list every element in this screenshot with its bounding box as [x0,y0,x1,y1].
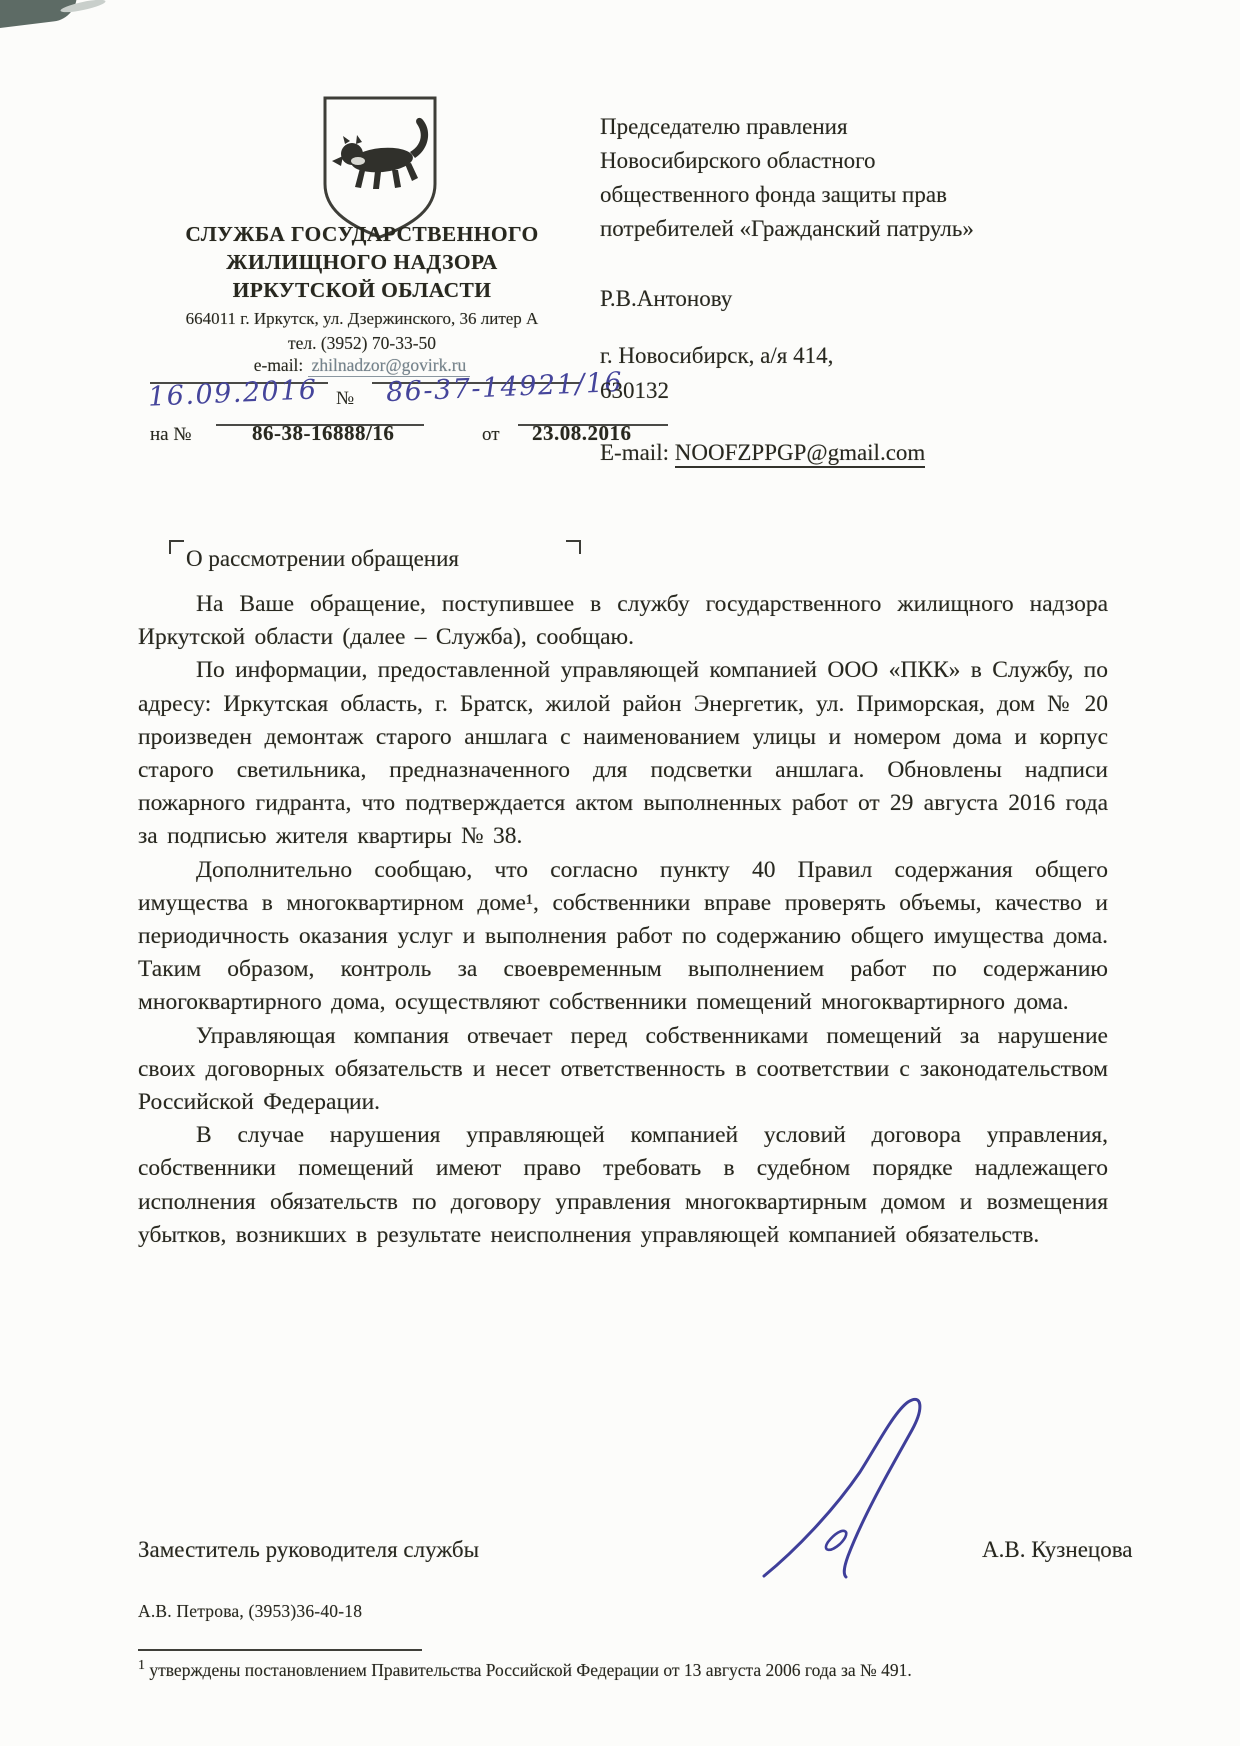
letter-body: На Ваше обращение, поступившее в службу … [138,588,1108,1252]
body-paragraph: Дополнительно сообщаю, что согласно пунк… [138,854,1108,1020]
recipient-email-link[interactable]: NOOFZPPGP@gmail.com [675,440,926,468]
org-name-line: ЖИЛИЩНОГО НАДЗОРА [138,248,586,276]
body-paragraph: В случае нарушения управляющей компанией… [138,1119,1108,1252]
recipient-email-label: E-mail: [600,440,669,465]
recipient-line: потребителей «Гражданский патруль» [600,212,1080,246]
scan-corner-artifact [0,0,80,29]
number-sign: № [336,388,354,410]
ref-number: 86-38-16888/16 [252,421,394,446]
org-postal-address: 664011 г. Иркутск, ул. Дзержинского, 36 … [128,309,596,329]
recipient-address-line: 630132 [600,373,1080,408]
recipient-address: г. Новосибирск, а/я 414, 630132 [600,338,1080,408]
recipient-line: общественного фонда защиты прав [600,178,1080,212]
handwritten-signature [752,1392,984,1584]
org-phone: тел. (3952) 70-33-50 [128,333,596,354]
footnote: 1 утверждены постановлением Правительств… [138,1658,1068,1681]
footnote-marker: 1 [138,1658,145,1673]
org-name: СЛУЖБА ГОСУДАРСТВЕННОГО ЖИЛИЩНОГО НАДЗОР… [138,220,586,304]
subject-corner-mark-left [169,540,184,554]
ref-label: на № [150,424,191,446]
body-paragraph: Управляющая компания отвечает перед собс… [138,1020,1108,1120]
body-paragraph: На Ваше обращение, поступившее в службу … [138,588,1108,654]
scanned-letter-page: СЛУЖБА ГОСУДАРСТВЕННОГО ЖИЛИЩНОГО НАДЗОР… [0,0,1240,1746]
recipient-line: Председателю правления [600,110,1080,144]
signer-position: Заместитель руководителя службы [138,1537,479,1563]
recipient-line: Новосибирского областного [600,144,1080,178]
footnote-text: утверждены постановлением Правительства … [149,1660,911,1680]
signer-name: А.В. Кузнецова [982,1537,1133,1563]
recipient-email-row: E-mail: NOOFZPPGP@gmail.com [600,440,925,466]
subject-corner-mark-right [566,540,581,554]
footnote-divider [138,1649,422,1651]
org-name-line: СЛУЖБА ГОСУДАРСТВЕННОГО [138,220,586,248]
ref-from-label: от [482,424,500,446]
recipient-address-line: г. Новосибирск, а/я 414, [600,338,1080,373]
recipient-block: Председателю правления Новосибирского об… [600,110,1080,246]
recipient-name: Р.В.Антонову [600,286,732,312]
outgoing-date-handwritten: 16.09.2016 [147,374,318,412]
subject-line: О рассмотрении обращения [186,546,459,572]
org-email-label: e-mail: [254,355,304,375]
body-paragraph: По информации, предоставленной управляющ… [138,654,1108,853]
executor-contact: А.В. Петрова, (3953)36-40-18 [138,1601,362,1622]
org-name-line: ИРКУТСКОЙ ОБЛАСТИ [138,276,586,304]
